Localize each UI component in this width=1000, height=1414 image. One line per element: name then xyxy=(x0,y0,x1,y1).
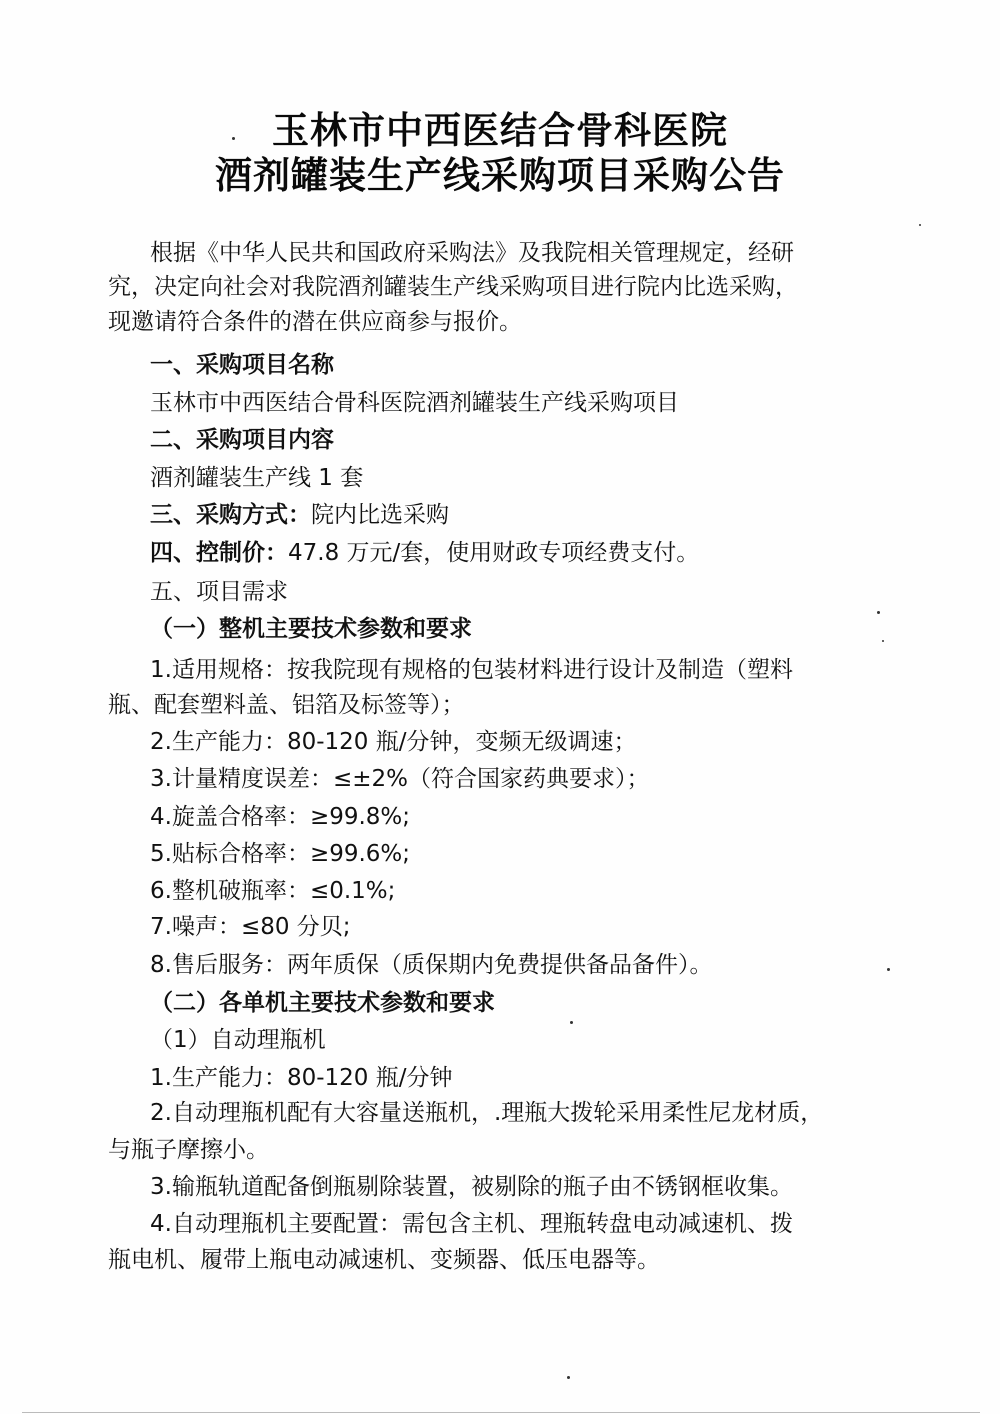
section-2-heading: 二、采购项目内容 xyxy=(150,425,334,455)
machine-1-item-4a: 4.自动理瓶机主要配置：需包含主机、理瓶转盘电动减速机、拨 xyxy=(150,1209,793,1239)
spec-item-2: 2.生产能力：80-120 瓶/分钟，变频无级调速； xyxy=(150,727,636,757)
section-2-content: 酒剂罐装生产线 1 套 xyxy=(150,463,363,493)
scan-speck xyxy=(570,1021,573,1024)
spec-item-1b: 瓶、配套塑料盖、铝箔及标签等）； xyxy=(108,690,465,720)
scan-speck xyxy=(567,1376,570,1379)
section-1-heading: 一、采购项目名称 xyxy=(150,350,334,380)
section-4-content: 47.8 万元/套，使用财政专项经费支付。 xyxy=(288,540,699,566)
section-1-content: 玉林市中西医结合骨科医院酒剂罐装生产线采购项目 xyxy=(150,388,679,418)
scan-speck xyxy=(919,224,921,226)
machine-1-item-2b: 与瓶子摩擦小。 xyxy=(108,1135,269,1165)
scan-speck xyxy=(232,137,235,140)
intro-line-1: 根据《中华人民共和国政府采购法》及我院相关管理规定，经研 xyxy=(150,238,794,268)
spec-item-5: 5.贴标合格率：≥99.6%; xyxy=(150,839,410,869)
scan-speck xyxy=(877,611,880,614)
machine-1-item-1: 1.生产能力：80-120 瓶/分钟 xyxy=(150,1063,452,1093)
machine-1-heading: （1）自动理瓶机 xyxy=(150,1025,326,1055)
spec-item-6: 6.整机破瓶率：≤0.1%; xyxy=(150,876,395,906)
section-4-heading: 四、控制价： xyxy=(150,540,288,566)
scan-speck xyxy=(882,640,884,642)
section-3-content: 院内比选采购 xyxy=(311,502,449,528)
scan-speck xyxy=(887,968,890,971)
machine-1-item-2a: 2.自动理瓶机配有大容量送瓶机，.理瓶大拨轮采用柔性尼龙材质， xyxy=(150,1098,823,1128)
spec-item-4: 4.旋盖合格率：≥99.8%; xyxy=(150,802,410,832)
page-bottom-edge xyxy=(22,1412,980,1413)
section-3-heading: 三、采购方式： xyxy=(150,502,311,528)
subsection-1-heading: （一）整机主要技术参数和要求 xyxy=(150,614,472,644)
machine-1-item-4b: 瓶电机、履带上瓶电动减速机、变频器、低压电器等。 xyxy=(108,1245,660,1275)
section-5-heading: 五、项目需求 xyxy=(150,577,288,607)
spec-item-3: 3.计量精度误差：≤±2%（符合国家药典要求）； xyxy=(150,764,649,794)
section-4-line: 四、控制价：47.8 万元/套，使用财政专项经费支付。 xyxy=(150,538,699,568)
spec-item-8: 8.售后服务：两年质保（质保期内免费提供备品备件）。 xyxy=(150,950,712,980)
section-3-line: 三、采购方式：院内比选采购 xyxy=(150,500,449,530)
subsection-2-heading: （二）各单机主要技术参数和要求 xyxy=(150,988,495,1018)
machine-1-item-3: 3.输瓶轨道配备倒瓶剔除装置，被剔除的瓶子由不锈钢框收集。 xyxy=(150,1172,793,1202)
intro-line-3: 现邀请符合条件的潜在供应商参与报价。 xyxy=(108,307,522,337)
document-title-line-2: 酒剂罐装生产线采购项目采购公告 xyxy=(0,145,1000,199)
intro-line-2: 究，决定向社会对我院酒剂罐装生产线采购项目进行院内比选采购， xyxy=(108,272,798,302)
spec-item-1a: 1.适用规格：按我院现有规格的包装材料进行设计及制造（塑料 xyxy=(150,655,793,685)
scanned-document-page: 玉林市中西医结合骨科医院 酒剂罐装生产线采购项目采购公告 根据《中华人民共和国政… xyxy=(0,0,1000,1414)
spec-item-7: 7.噪声：≤80 分贝; xyxy=(150,912,351,942)
